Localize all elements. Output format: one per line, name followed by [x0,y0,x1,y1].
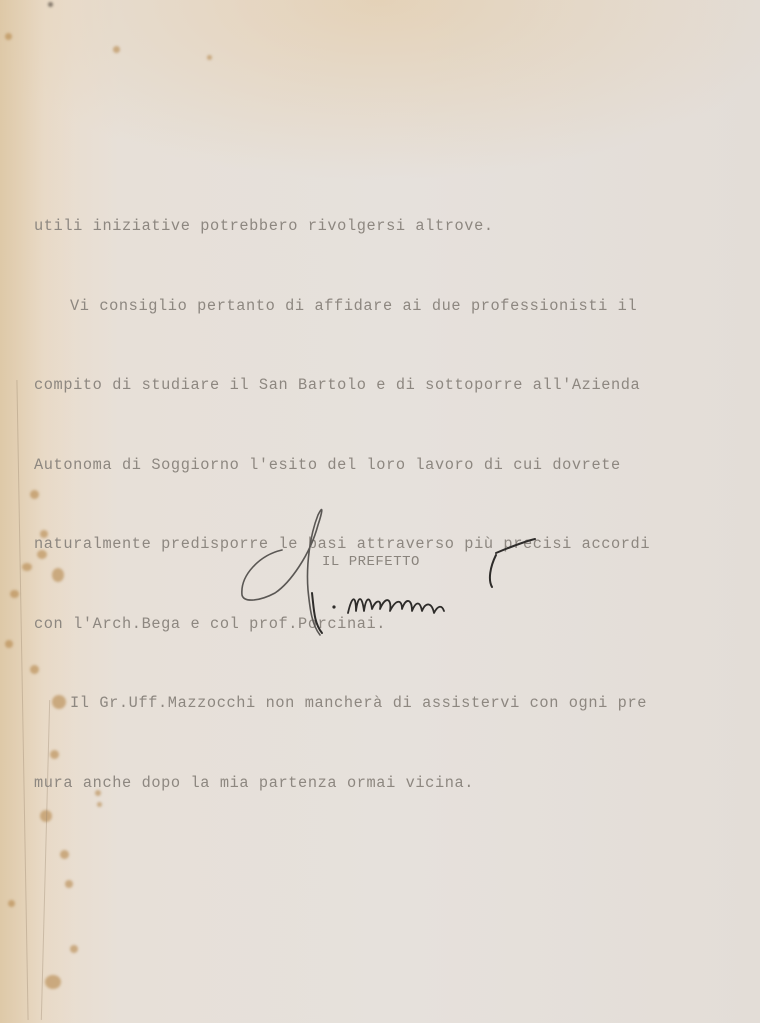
letter-body: utili iniziative potrebbero rivolgersi a… [34,160,650,823]
text-line: compito di studiare il San Bartolo e di … [34,372,650,399]
text-line: mura anche dopo la mia partenza ormai vi… [34,770,650,797]
signature-icon [230,495,550,645]
text-line: utili iniziative potrebbero rivolgersi a… [34,213,650,240]
text-line: Autonoma di Soggiorno l'esito del loro l… [34,452,650,479]
text-line: Vi consiglio pertanto di affidare ai due… [34,293,650,320]
text-line: Il Gr.Uff.Mazzocchi non mancherà di assi… [34,690,650,717]
